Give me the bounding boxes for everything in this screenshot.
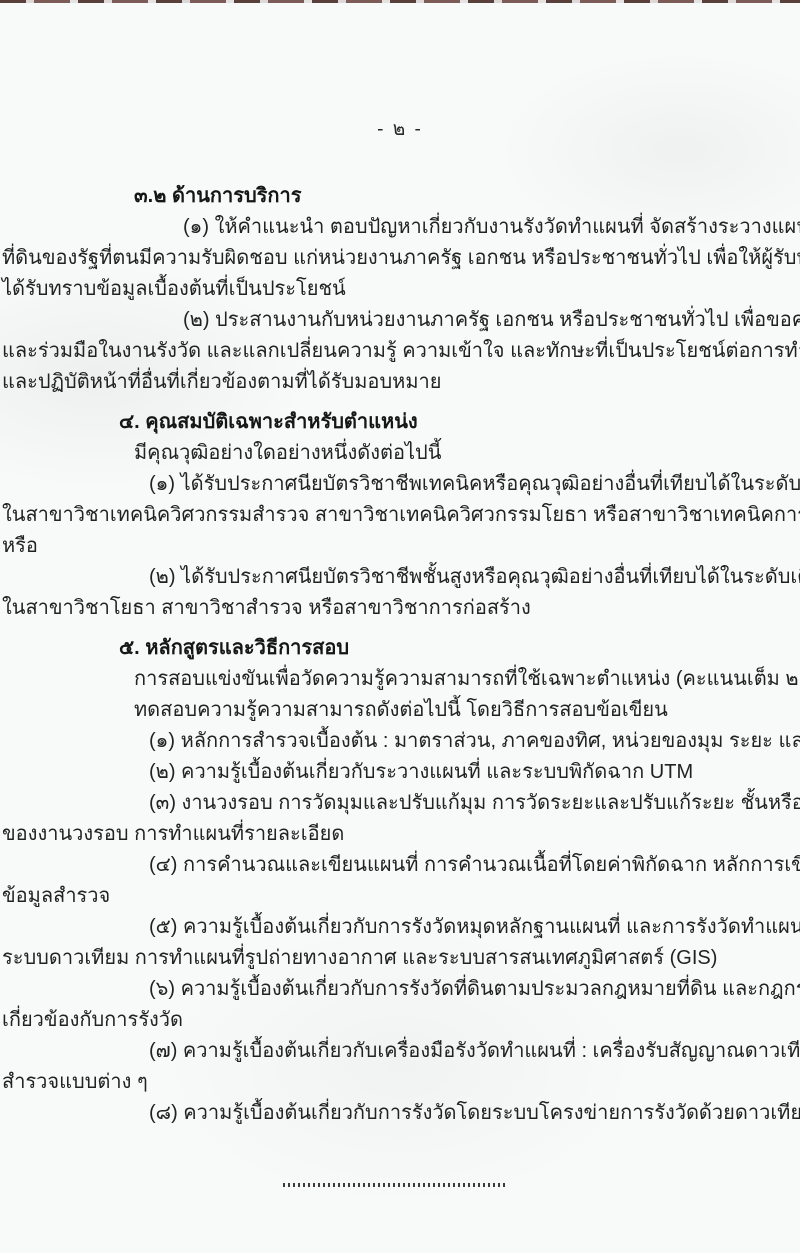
document-line: ๔. คุณสมบัติเฉพาะสำหรับตำแหน่ง <box>0 407 800 438</box>
document-line: (๘) ความรู้เบื้องต้นเกี่ยวกับการรังวัดโด… <box>0 1098 800 1129</box>
document-line: สำรวจแบบต่าง ๆ <box>0 1067 800 1098</box>
document-line: (๗) ความรู้เบื้องต้นเกี่ยวกับเครื่องมือร… <box>0 1036 800 1067</box>
document-line: ได้รับทราบข้อมูลเบื้องต้นที่เป็นประโยชน์ <box>0 274 800 305</box>
document-line: การสอบแข่งขันเพื่อวัดความรู้ความสามารถที… <box>0 664 800 695</box>
document-line: (๒) ประสานงานกับหน่วยงานภาครัฐ เอกชน หรื… <box>0 305 800 336</box>
document-line: ในสาขาวิชาเทคนิควิศวกรรมสำรวจ สาขาวิชาเท… <box>0 500 800 531</box>
scan-edge-artifact <box>0 0 800 3</box>
document-page: - ๒ - ๓.๒ ด้านการบริการ(๑) ให้คำแนะนำ ตอ… <box>0 0 800 1253</box>
document-line: (๑) หลักการสำรวจเบื้องต้น : มาตราส่วน, ภ… <box>0 726 800 757</box>
dotted-separator <box>283 1183 507 1187</box>
document-line: (๓) งานวงรอบ การวัดมุมและปรับแก้มุม การว… <box>0 788 800 819</box>
document-line: หรือ <box>0 531 800 562</box>
page-number: - ๒ - <box>0 114 800 144</box>
document-line: (๑) ให้คำแนะนำ ตอบปัญหาเกี่ยวกับงานรังวั… <box>0 212 800 243</box>
document-line: และร่วมมือในงานรังวัด และแลกเปลี่ยนความร… <box>0 336 800 367</box>
document-line: (๒) ได้รับประกาศนียบัตรวิชาชีพชั้นสูงหรื… <box>0 562 800 593</box>
document-line: ข้อมูลสำรวจ <box>0 881 800 912</box>
document-line: และปฏิบัติหน้าที่อื่นที่เกี่ยวข้องตามที่… <box>0 367 800 398</box>
document-line: ที่ดินของรัฐที่ตนมีความรับผิดชอบ แก่หน่ว… <box>0 243 800 274</box>
document-line: (๖) ความรู้เบื้องต้นเกี่ยวกับการรังวัดที… <box>0 974 800 1005</box>
document-line: (๕) ความรู้เบื้องต้นเกี่ยวกับการรังวัดหม… <box>0 912 800 943</box>
document-line: (๑) ได้รับประกาศนียบัตรวิชาชีพเทคนิคหรือ… <box>0 469 800 500</box>
document-body: ๓.๒ ด้านการบริการ(๑) ให้คำแนะนำ ตอบปัญหา… <box>0 181 800 1129</box>
document-line: ระบบดาวเทียม การทำแผนที่รูปถ่ายทางอากาศ … <box>0 943 800 974</box>
document-line: (๔) การคำนวณและเขียนแผนที่ การคำนวณเนื้อ… <box>0 850 800 881</box>
document-line: ๓.๒ ด้านการบริการ <box>0 181 800 212</box>
document-line: ๕. หลักสูตรและวิธีการสอบ <box>0 633 800 664</box>
document-line: ของงานวงรอบ การทำแผนที่รายละเอียด <box>0 819 800 850</box>
document-line: มีคุณวุฒิอย่างใดอย่างหนึ่งดังต่อไปนี้ <box>0 438 800 469</box>
document-line: (๒) ความรู้เบื้องต้นเกี่ยวกับระวางแผนที่… <box>0 757 800 788</box>
document-line: ทดสอบความรู้ความสามารถดังต่อไปนี้ โดยวิธ… <box>0 695 800 726</box>
document-line: เกี่ยวข้องกับการรังวัด <box>0 1005 800 1036</box>
document-line: ในสาขาวิชาโยธา สาขาวิชาสำรวจ หรือสาขาวิช… <box>0 593 800 624</box>
